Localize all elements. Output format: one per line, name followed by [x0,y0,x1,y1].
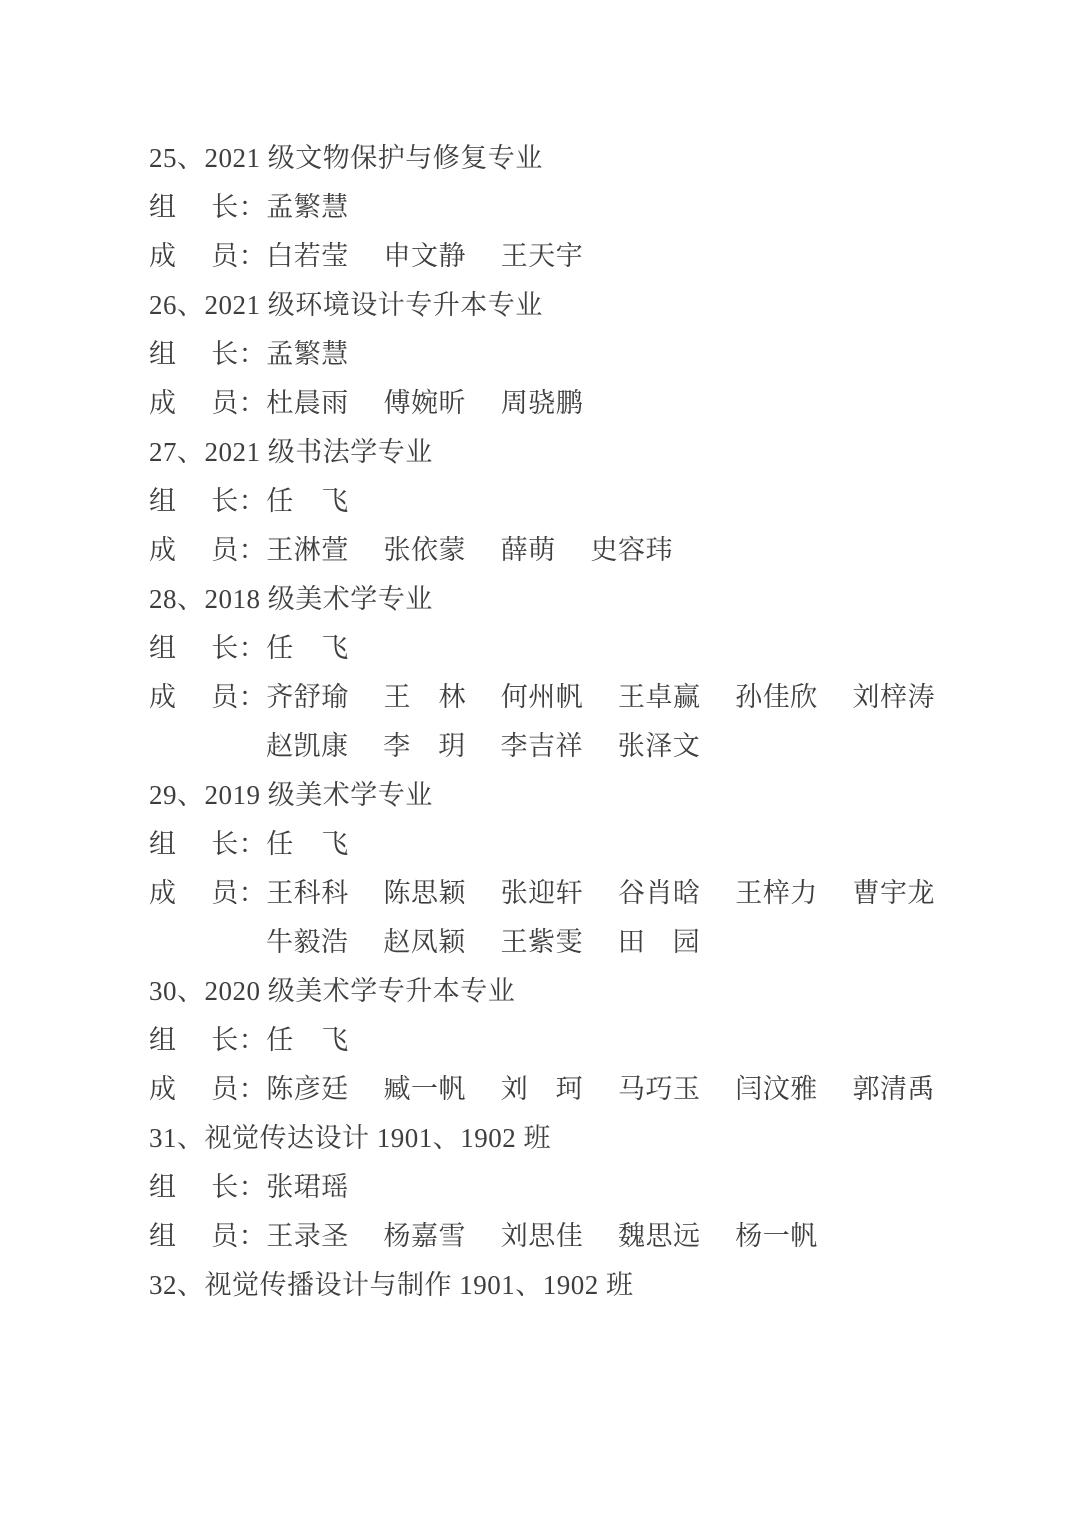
members-names: 齐舒瑜 王 林 何州帆 王卓赢 孙佳欣 刘梓涛 [266,682,935,712]
members-names: 陈彦廷 臧一帆 刘 珂 马巧玉 闫汶雅 郭清禹 [266,1074,935,1104]
leader-line: 组 长：孟繁慧 [149,190,1020,224]
members-label: 成 员： [149,878,266,908]
section: 30、2020 级美术学专升本专业 组 长：任 飞 成 员：陈彦廷 臧一帆 刘 … [149,974,1020,1106]
leader-label: 组 长： [149,633,266,663]
members-label: 组 员： [149,1221,266,1251]
section-title: 32、视觉传播设计与制作 1901、1902 班 [149,1268,1020,1302]
leader-name: 孟繁慧 [266,339,349,369]
members-line: 成 员：王淋萱 张依蒙 薛萌 史容玮 [149,533,1020,567]
section: 25、2021 级文物保护与修复专业 组 长：孟繁慧 成 员：白若莹 申文静 王… [149,141,1020,273]
leader-name: 任 飞 [266,486,349,516]
members-line: 成 员：陈彦廷 臧一帆 刘 珂 马巧玉 闫汶雅 郭清禹 [149,1072,1020,1106]
leader-line: 组 长：任 飞 [149,484,1020,518]
leader-label: 组 长： [149,339,266,369]
members-label: 成 员： [149,388,266,418]
section-title: 30、2020 级美术学专升本专业 [149,974,1020,1008]
leader-name: 任 飞 [266,829,349,859]
leader-name: 任 飞 [266,1025,349,1055]
section: 31、视觉传达设计 1901、1902 班 组 长：张珺瑶 组 员：王录圣 杨嘉… [149,1121,1020,1253]
members-names: 杜晨雨 傅婉昕 周骁鹏 [266,388,583,418]
section: 26、2021 级环境设计专升本专业 组 长：孟繁慧 成 员：杜晨雨 傅婉昕 周… [149,288,1020,420]
members-label: 成 员： [149,241,266,271]
leader-label: 组 长： [149,1172,266,1202]
document-page: 25、2021 级文物保护与修复专业 组 长：孟繁慧 成 员：白若莹 申文静 王… [0,0,1080,1527]
members-line: 组 员：王录圣 杨嘉雪 刘思佳 魏思远 杨一帆 [149,1219,1020,1253]
members-line: 成 员：杜晨雨 傅婉昕 周骁鹏 [149,386,1020,420]
section: 27、2021 级书法学专业 组 长：任 飞 成 员：王淋萱 张依蒙 薛萌 史容… [149,435,1020,567]
section-title: 26、2021 级环境设计专升本专业 [149,288,1020,322]
leader-name: 任 飞 [266,633,349,663]
section-title: 31、视觉传达设计 1901、1902 班 [149,1121,1020,1155]
section-title: 28、2018 级美术学专业 [149,582,1020,616]
leader-line: 组 长：张珺瑶 [149,1170,1020,1204]
members-line: 成 员：齐舒瑜 王 林 何州帆 王卓赢 孙佳欣 刘梓涛 [149,680,1020,714]
leader-line: 组 长：孟繁慧 [149,337,1020,371]
members-label: 成 员： [149,535,266,565]
members-label: 成 员： [149,1074,266,1104]
members-label: 成 员： [149,682,266,712]
members-names: 王录圣 杨嘉雪 刘思佳 魏思远 杨一帆 [266,1221,818,1251]
section-title: 27、2021 级书法学专业 [149,435,1020,469]
section-title: 25、2021 级文物保护与修复专业 [149,141,1020,175]
leader-line: 组 长：任 飞 [149,827,1020,861]
leader-line: 组 长：任 飞 [149,1023,1020,1057]
members-continuation: 赵凯康 李 玥 李吉祥 张泽文 [149,729,1020,763]
members-names: 王科科 陈思颖 张迎轩 谷肖晗 王梓力 曹宇龙 [266,878,935,908]
leader-line: 组 长：任 飞 [149,631,1020,665]
section: 29、2019 级美术学专业 组 长：任 飞 成 员：王科科 陈思颖 张迎轩 谷… [149,778,1020,959]
members-line: 成 员：王科科 陈思颖 张迎轩 谷肖晗 王梓力 曹宇龙 [149,876,1020,910]
leader-label: 组 长： [149,192,266,222]
leader-label: 组 长： [149,829,266,859]
section-title: 29、2019 级美术学专业 [149,778,1020,812]
leader-label: 组 长： [149,1025,266,1055]
leader-label: 组 长： [149,486,266,516]
leader-name: 孟繁慧 [266,192,349,222]
members-names: 白若莹 申文静 王天宇 [266,241,583,271]
leader-name: 张珺瑶 [266,1172,349,1202]
members-continuation: 牛毅浩 赵凤颖 王紫雯 田 园 [149,925,1020,959]
members-line: 成 员：白若莹 申文静 王天宇 [149,239,1020,273]
section: 28、2018 级美术学专业 组 长：任 飞 成 员：齐舒瑜 王 林 何州帆 王… [149,582,1020,763]
members-names: 王淋萱 张依蒙 薛萌 史容玮 [266,535,673,565]
section: 32、视觉传播设计与制作 1901、1902 班 [149,1268,1020,1302]
